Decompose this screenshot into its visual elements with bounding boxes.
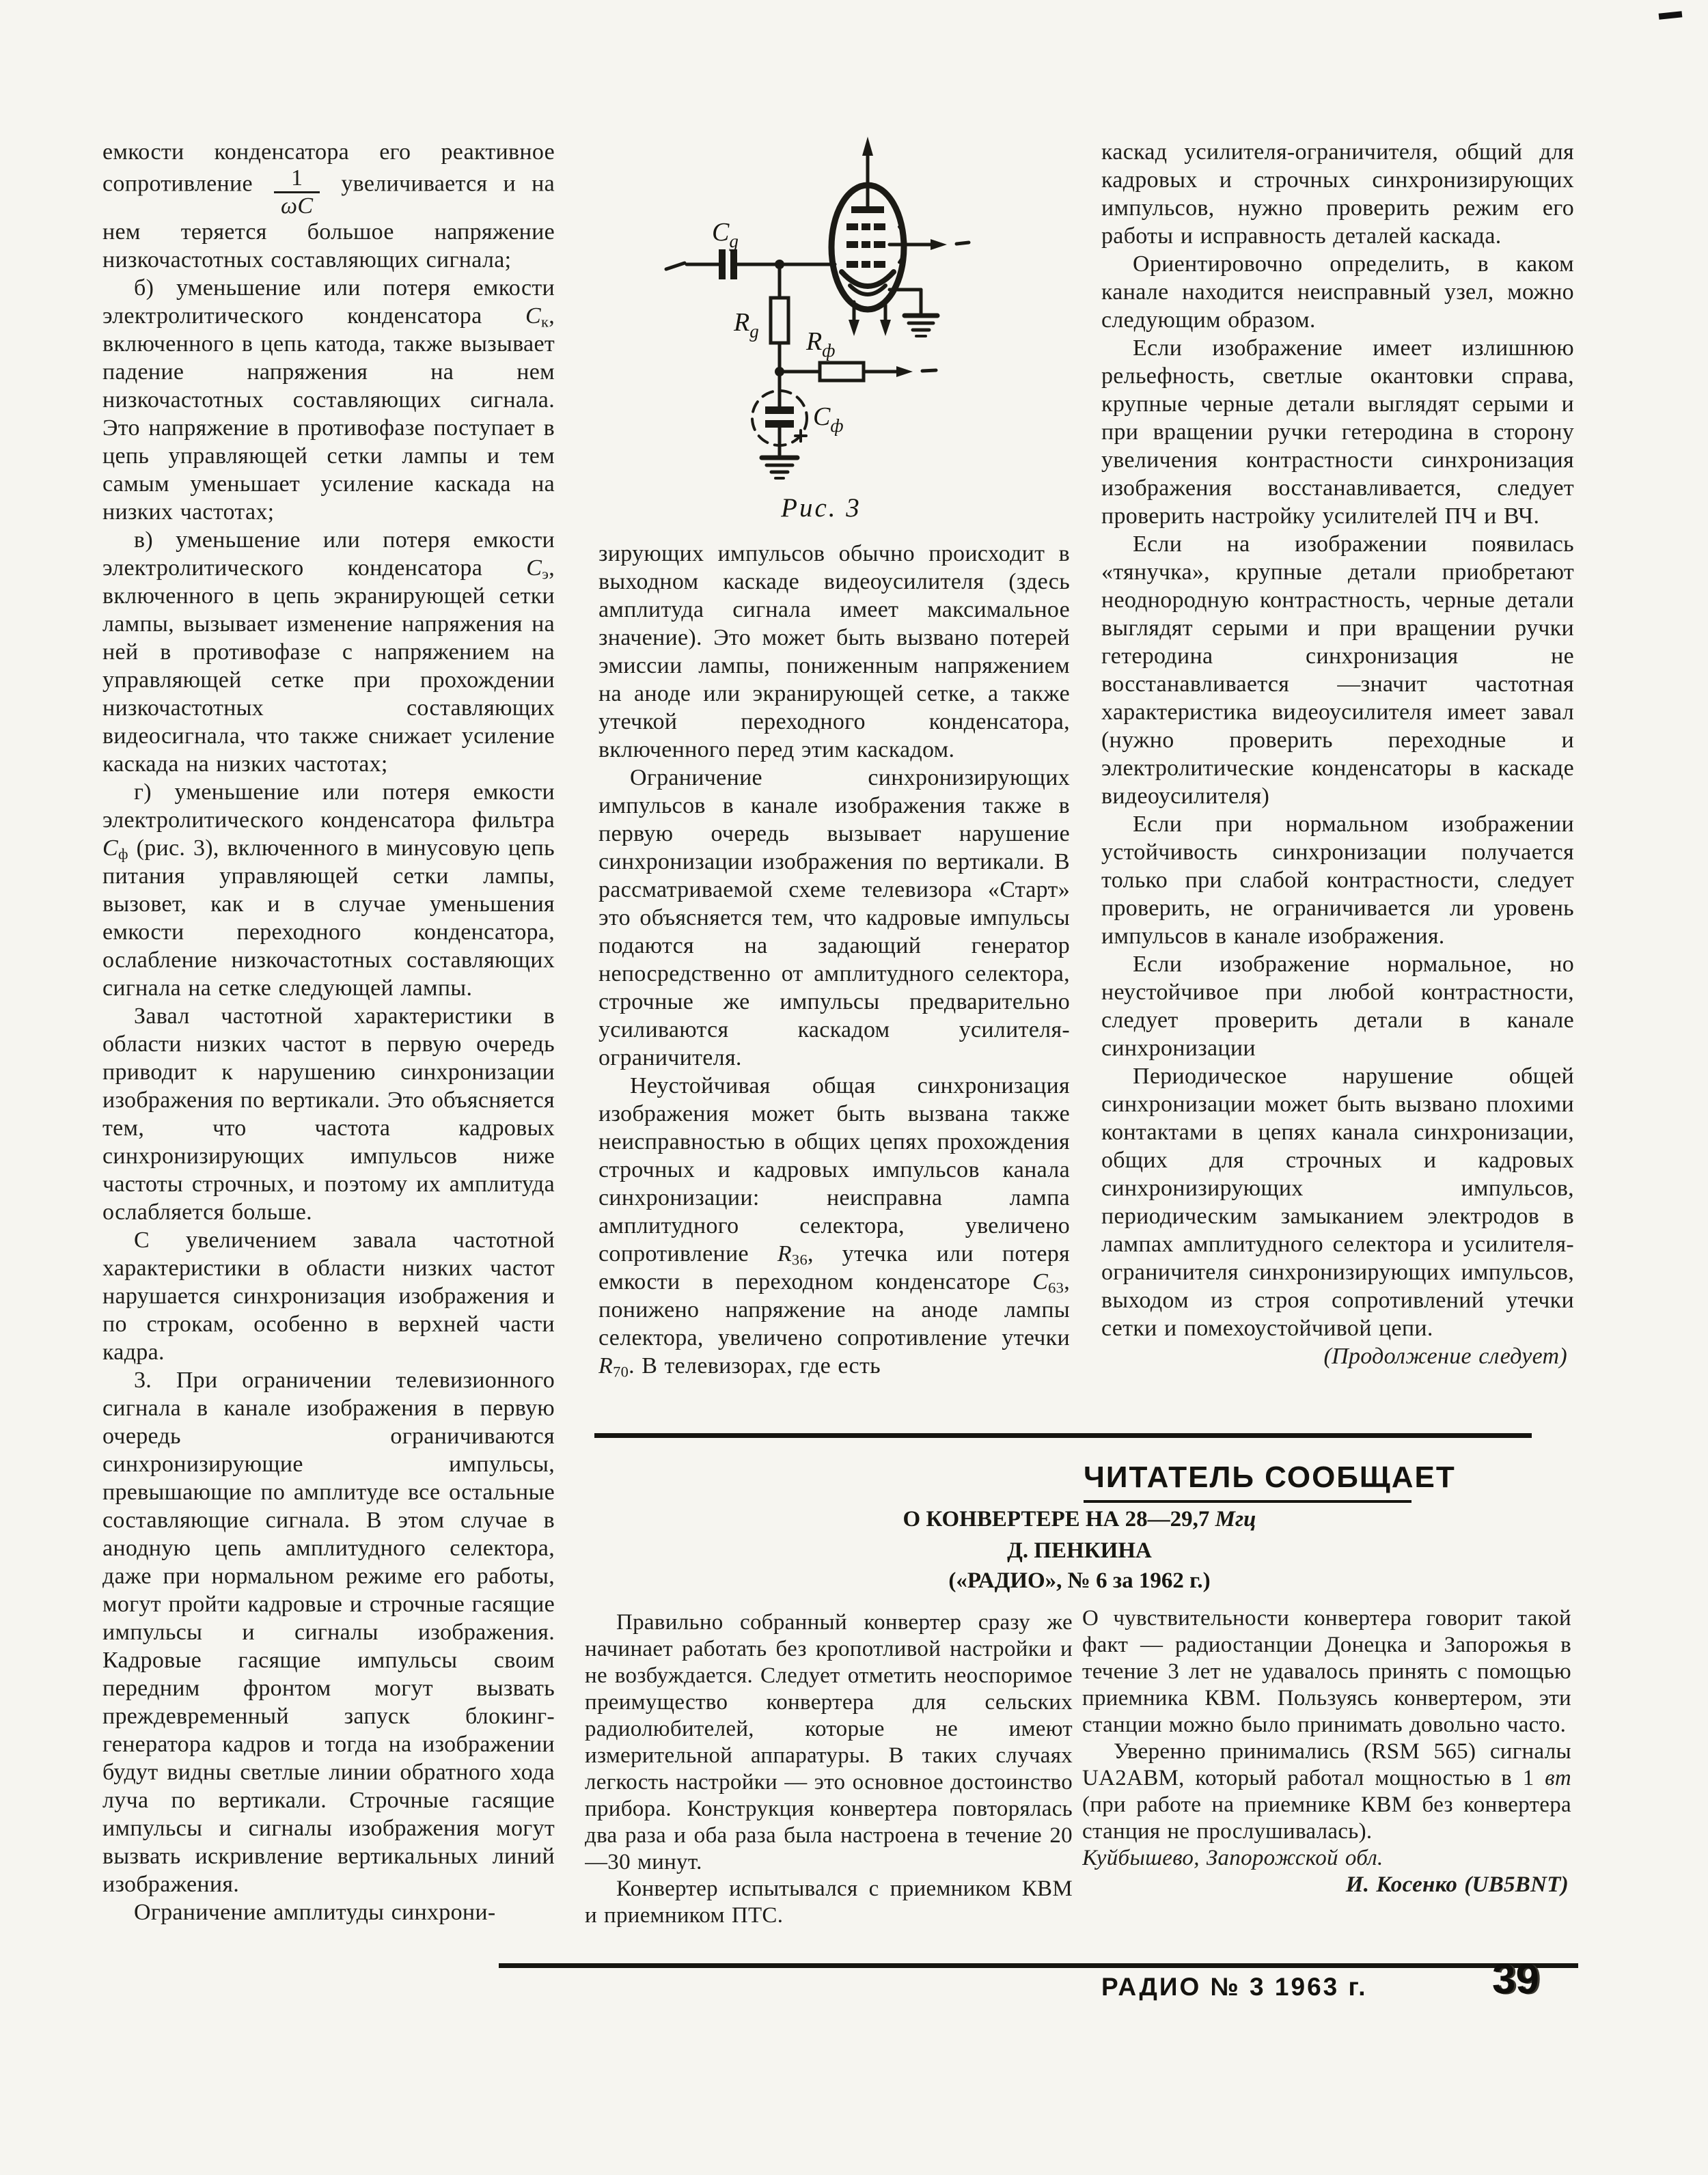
reader-column-left: Правильно собранный конвертер сразу же н… bbox=[585, 1609, 1073, 1929]
paragraph: Ограничение амплитуды синхрони- bbox=[102, 1898, 555, 1926]
paragraph: Если на изображении появилась «тянучка»,… bbox=[1101, 530, 1574, 810]
paragraph: емкости конденсатора его реактивное сопр… bbox=[102, 138, 555, 274]
paragraph: Уверенно принимались (RSM 565) сигналы U… bbox=[1082, 1738, 1571, 1845]
paragraph: б) уменьшение или потеря емкости электро… bbox=[102, 274, 555, 526]
label-cf: Сф bbox=[813, 402, 844, 436]
continuation-note: (Продолжение следует) bbox=[1101, 1342, 1574, 1370]
resistor-rg-icon bbox=[771, 269, 788, 372]
label-rf: Rф bbox=[805, 327, 835, 361]
reader-article-title: О КОНВЕРТЕРЕ НА 28—29,7 Мгц bbox=[588, 1507, 1571, 1532]
footer-magazine-issue: РАДИО № 3 1963 г. bbox=[1101, 1973, 1368, 2001]
resistor-rf-icon bbox=[784, 363, 936, 380]
paragraph: Если при нормальном изображении устойчив… bbox=[1101, 810, 1574, 950]
paragraph: Ограничение синхронизирующих импульсов в… bbox=[598, 764, 1070, 1072]
vacuum-tube-icon bbox=[831, 137, 906, 336]
article-column-2: зирующих импульсов обычно происходит в в… bbox=[598, 540, 1070, 1380]
paragraph: Неустойчивая общая синхронизация изображ… bbox=[598, 1072, 1070, 1380]
signature-location: Куйбышево, Запорожской обл. bbox=[1082, 1845, 1571, 1872]
capacitor-cf-icon bbox=[752, 376, 807, 455]
ground-icon bbox=[762, 458, 797, 478]
paragraph: Ориентировочно определить, в каком канал… bbox=[1101, 250, 1574, 334]
paragraph: в) уменьшение или потеря емкости электро… bbox=[102, 526, 555, 778]
reader-column-right: О чувствительности конвертера говорит та… bbox=[1082, 1605, 1571, 1898]
paragraph: Если изображение имеет излишнюю рельефно… bbox=[1101, 334, 1574, 530]
label-cg: Сg bbox=[712, 218, 739, 251]
article-column-1: емкости конденсатора его реактивное сопр… bbox=[102, 138, 555, 1926]
scan-artifact bbox=[1659, 11, 1683, 20]
section-divider bbox=[594, 1433, 1532, 1438]
footer-rule bbox=[499, 1963, 1578, 1968]
paragraph: зирующих импульсов обычно происходит в в… bbox=[598, 540, 1070, 764]
paragraph: С увеличением завала частотной характери… bbox=[102, 1226, 555, 1366]
paragraph: г) уменьшение или потеря емкости электро… bbox=[102, 778, 555, 1002]
paragraph: Конвертер испытывался с приемником КВМ и… bbox=[585, 1876, 1073, 1929]
paragraph: Если изображение нормальное, но неустойч… bbox=[1101, 950, 1574, 1062]
paragraph: 3. При ограничении телевизионного сигнал… bbox=[102, 1366, 555, 1898]
label-rg: Rg bbox=[733, 308, 759, 342]
figure-circuit-diagram: Сg Rg Rф Сф Рис. 3 bbox=[649, 131, 1073, 527]
figure-caption: Рис. 3 bbox=[780, 493, 862, 523]
paragraph: Периодическое нарушение общей синхрониза… bbox=[1101, 1062, 1574, 1342]
reader-article-author: Д. ПЕНКИНА bbox=[588, 1538, 1571, 1564]
paragraph: О чувствительности конвертера говорит та… bbox=[1082, 1605, 1571, 1738]
paragraph: Завал частотной характеристики в области… bbox=[102, 1002, 555, 1226]
paragraph: каскад усилителя-ограничителя, общий для… bbox=[1101, 138, 1574, 250]
tube-grids bbox=[846, 223, 885, 268]
article-column-3: каскад усилителя-ограничителя, общий для… bbox=[1101, 138, 1574, 1370]
capacitor-cg-icon bbox=[719, 249, 737, 279]
section-title: ЧИТАТЕЛЬ СООБЩАЕТ bbox=[1084, 1460, 1439, 1495]
cathode-ground-wire bbox=[890, 290, 937, 336]
signature-name: И. Косенко (UB5BNT) bbox=[1082, 1872, 1571, 1898]
magazine-page: емкости конденсатора его реактивное сопр… bbox=[0, 0, 1708, 2175]
section-title-underline bbox=[1084, 1500, 1411, 1503]
reader-article-source: («РАДИО», № 6 за 1962 г.) bbox=[588, 1568, 1571, 1594]
paragraph: Правильно собранный конвертер сразу же н… bbox=[585, 1609, 1073, 1876]
input-wire bbox=[666, 263, 720, 269]
page-number: 39 bbox=[1492, 1955, 1539, 2004]
